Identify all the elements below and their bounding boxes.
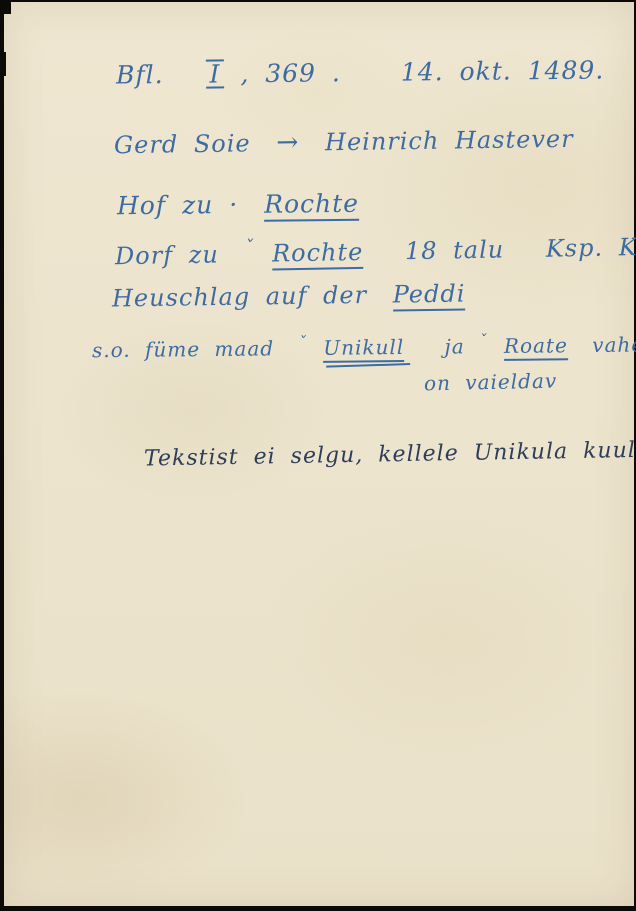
hof-line: Hof zu · Rochte [117, 189, 359, 224]
marginal-note-continuation: on vaieldav [424, 369, 558, 396]
dorf-line: Dorf zu ˇ Rochte 18 talu Ksp. Katkull [115, 229, 636, 273]
place-name-unikull: Unikull [323, 335, 404, 363]
hof-prefix: Hof zu · [117, 190, 239, 220]
note-conjunction: ja [444, 334, 464, 358]
document-date: 14. okt. 1489. [401, 55, 605, 86]
note-suffix: vahel, mis [592, 331, 636, 356]
source-abbreviation: Bfl. [116, 60, 164, 89]
page-number: , 369 . [240, 58, 341, 88]
scan-edge-notch [0, 52, 6, 76]
heuschlag-prefix: Heuschlag auf der [112, 281, 367, 313]
note-prefix: s.o. füme maad [92, 336, 274, 362]
place-name-rochte: Rochte [264, 189, 359, 222]
party-to: Heinrich Hastever [325, 125, 574, 156]
scan-background: Bfl. I , 369 . 14. okt. 1489. Gerd Soie … [0, 0, 636, 911]
note-continuation-text: on vaieldav [424, 369, 558, 396]
parties-line: Gerd Soie → Heinrich Hastever [114, 123, 574, 160]
insertion-mark: ˇ [298, 333, 307, 351]
insertion-mark: ˇ [479, 331, 488, 349]
insertion-mark: ˇ [244, 237, 254, 258]
scan-corner-notch [0, 0, 11, 14]
heuschlag-line: Heuschlag auf der Peddi [112, 280, 466, 316]
place-name-peddi: Peddi [393, 280, 466, 312]
paper-sheet: Bfl. I , 369 . 14. okt. 1489. Gerd Soie … [4, 2, 634, 906]
place-name-roate: Roate [504, 333, 568, 361]
marginal-note-line: s.o. füme maad ˇ Unikull ja ˇ Roate vahe… [92, 329, 636, 365]
place-name-rochte: Rochte [272, 238, 364, 271]
farm-count: 18 talu [405, 235, 505, 265]
volume-numeral: I [205, 59, 224, 88]
remark-text: Tekstist ei selgu, kellele Unikula kuulu… [144, 437, 636, 471]
arrow-right-icon: → [276, 127, 300, 158]
archive-reference-line: Bfl. I , 369 . 14. okt. 1489. [116, 55, 605, 89]
parish-name: Ksp. Katkull [546, 232, 636, 263]
remark-line: Tekstist ei selgu, kellele Unikula kuulu… [144, 437, 636, 471]
dorf-prefix: Dorf zu [115, 240, 219, 270]
party-from: Gerd Soie [114, 129, 251, 159]
